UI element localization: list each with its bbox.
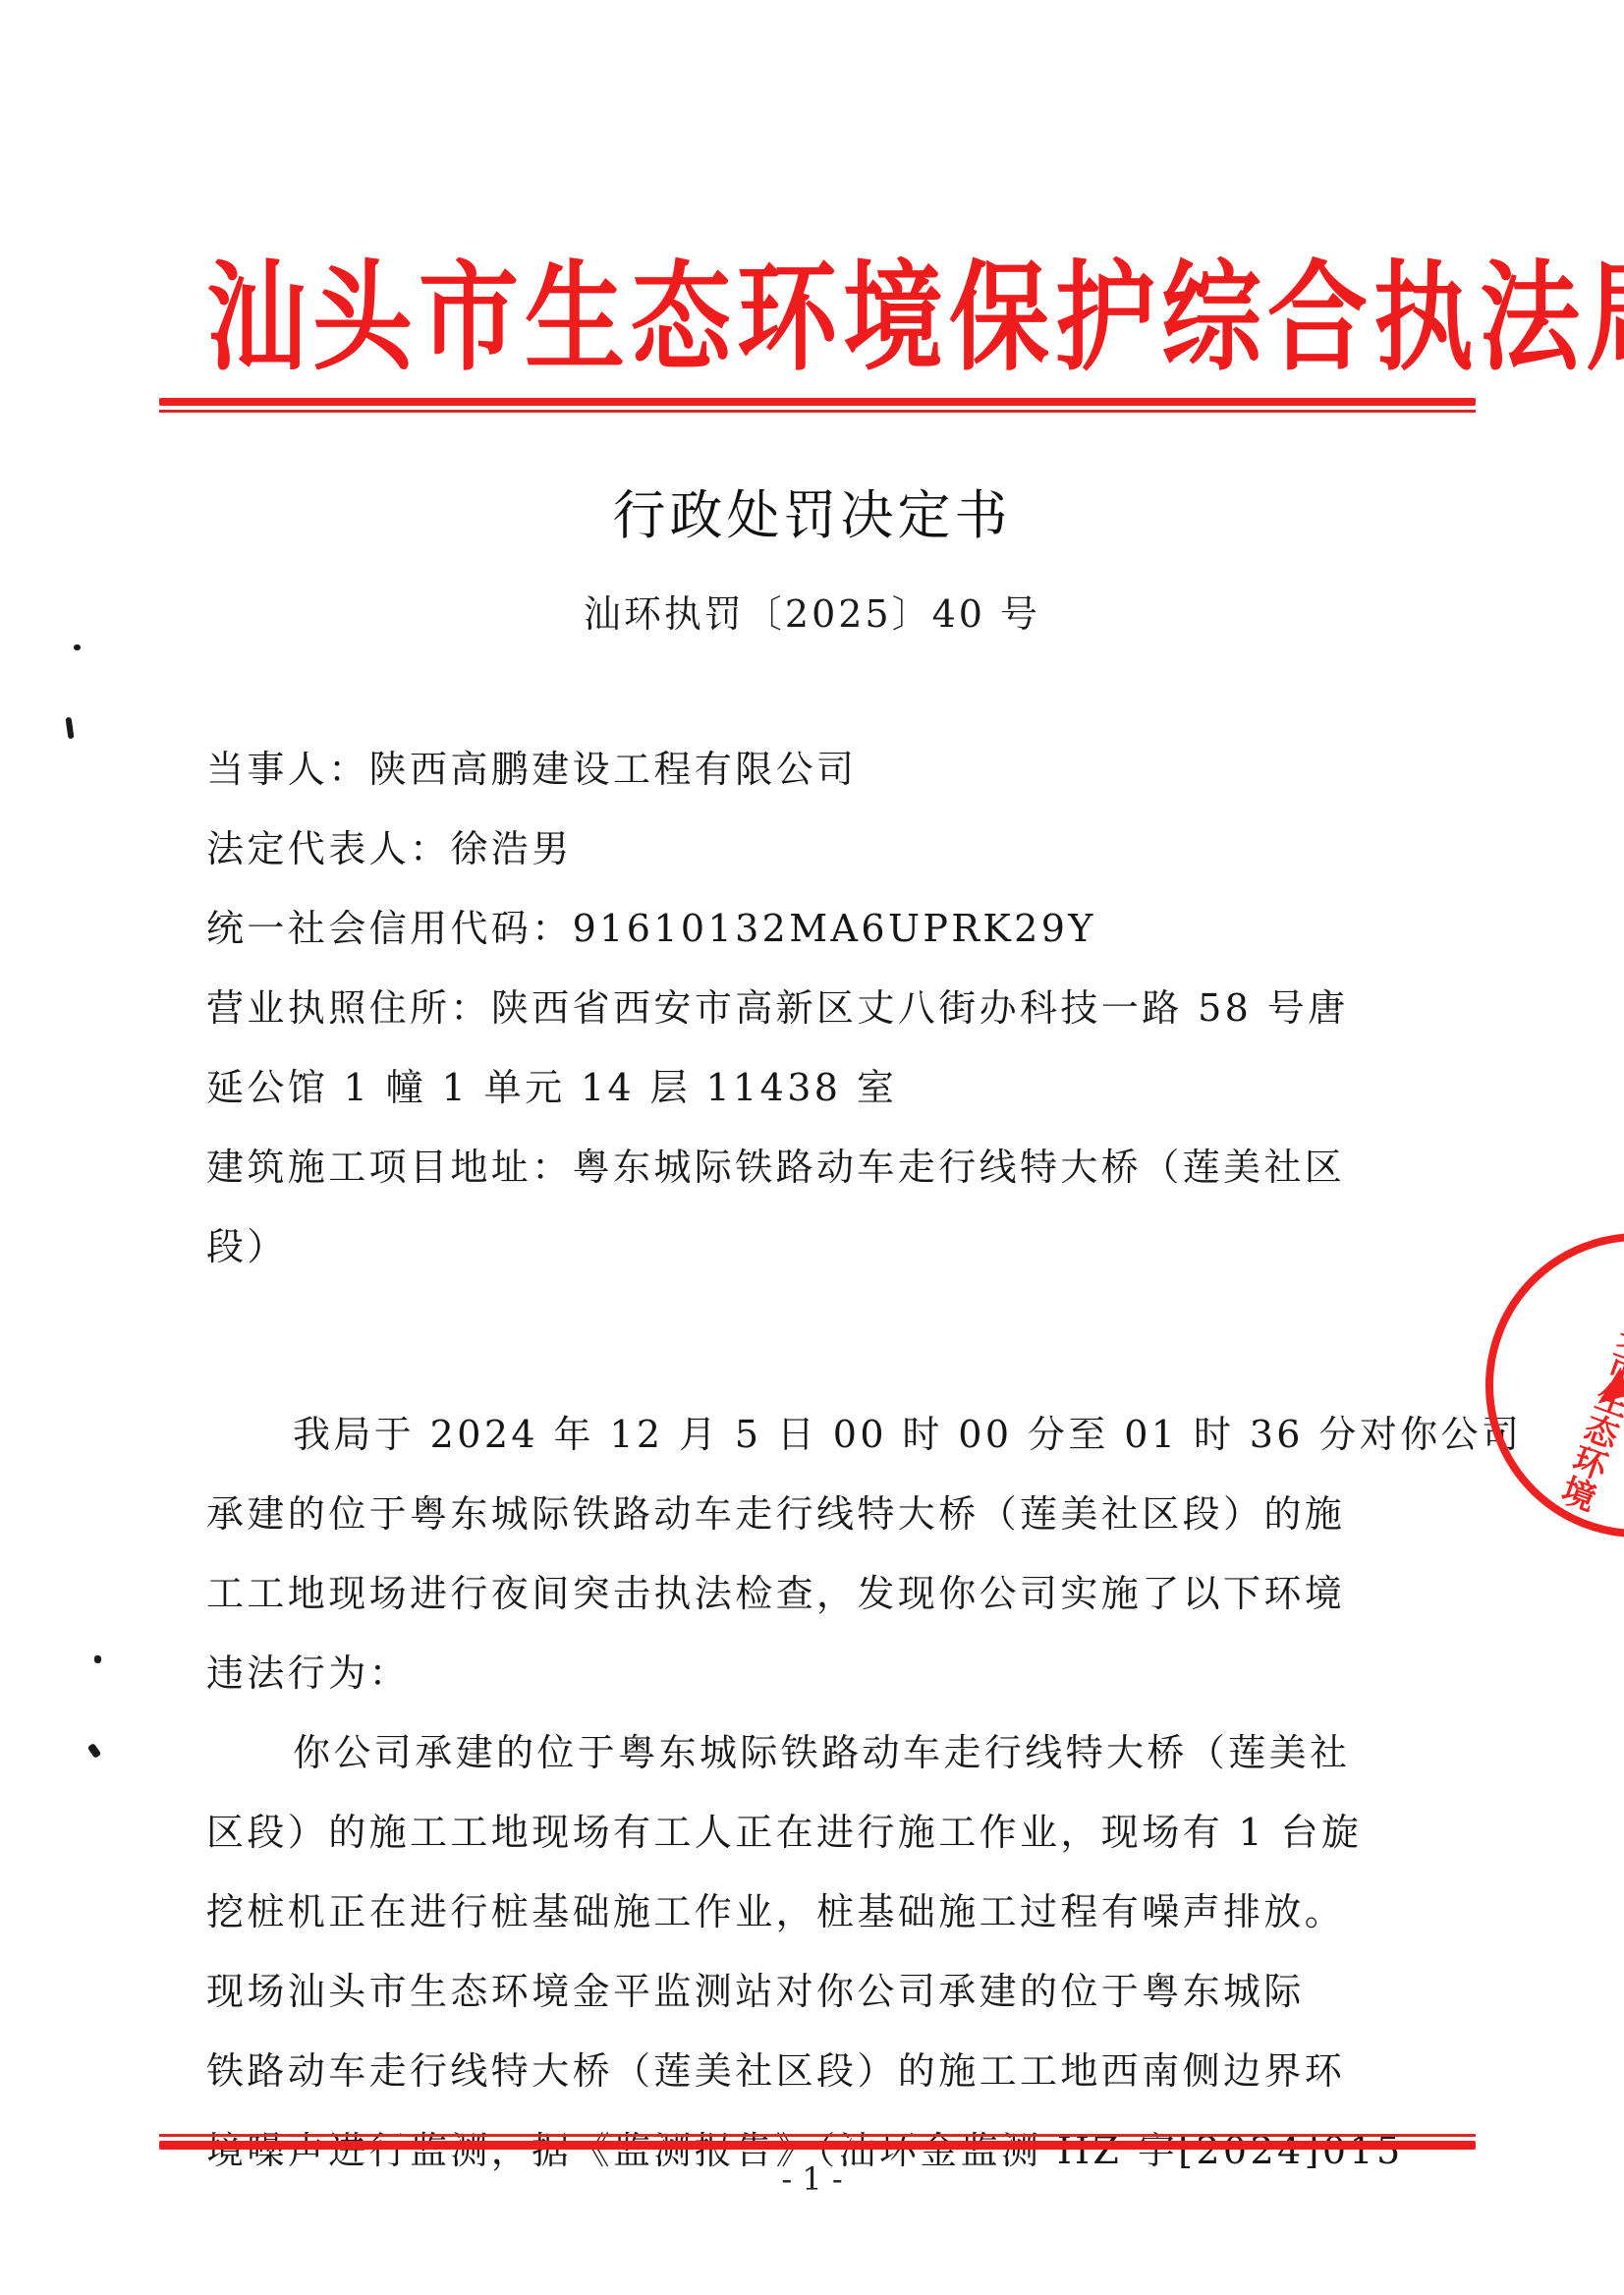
legal-rep-value: 徐浩男 bbox=[450, 827, 572, 870]
party-line: 当事人：陕西高鹏建设工程有限公司 bbox=[206, 742, 1423, 821]
paragraph-2-line: 区段）的施工工地现场有工人正在进行施工作业，现场有 1 台旋 bbox=[206, 1805, 1423, 1884]
paragraph-2-line: 现场汕头市生态环境金平监测站对你公司承建的位于粤东城际 bbox=[206, 1964, 1423, 2043]
project-address-value: 粤东城际铁路动车走行线特大桥（莲美社区 bbox=[573, 1146, 1346, 1189]
paragraph-1-line: 承建的位于粤东城际铁路动车走行线特大桥（莲美社区段）的施 bbox=[206, 1486, 1423, 1566]
paragraph-2-line: 挖桩机正在进行桩基础施工作业，桩基础施工过程有噪声排放。 bbox=[206, 1884, 1423, 1964]
paragraph-2-line: 你公司承建的位于粤东城际铁路动车走行线特大桥（莲美社 bbox=[206, 1725, 1423, 1805]
page-number: - 1 - bbox=[0, 2157, 1624, 2201]
legal-rep-line: 法定代表人：徐浩男 bbox=[206, 821, 1423, 901]
document-body: 当事人：陕西高鹏建设工程有限公司 法定代表人：徐浩男 统一社会信用代码：9161… bbox=[206, 742, 1423, 2203]
project-address-line-cont: 段） bbox=[206, 1219, 1423, 1299]
document-page: 汕头市生态环境保护综合执法局 行政处罚决定书 汕环执罚〔2025〕40 号 当事… bbox=[0, 0, 1624, 2295]
scan-mark-icon bbox=[74, 644, 81, 650]
paragraph-2-line: 铁路动车走行线特大桥（莲美社区段）的施工工地西南侧边界环 bbox=[206, 2043, 1423, 2123]
credit-code-value: 91610132MA6UPRK29Y bbox=[573, 907, 1096, 950]
paragraph-1-line: 工工地现场进行夜间突击执法检查，发现你公司实施了以下环境 bbox=[206, 1566, 1423, 1646]
scan-mark-icon bbox=[94, 1655, 101, 1663]
document-number: 汕环执罚〔2025〕40 号 bbox=[0, 589, 1624, 639]
business-address-line: 营业执照住所：陕西省西安市高新区丈八街办科技一路 58 号唐 bbox=[206, 980, 1423, 1060]
project-address-label: 建筑施工项目地址： bbox=[206, 1146, 573, 1189]
scan-mark-icon bbox=[87, 1743, 102, 1759]
agency-letterhead: 汕头市生态环境保护综合执法局 bbox=[206, 233, 1425, 407]
red-rule-thick bbox=[159, 398, 1476, 406]
party-label: 当事人： bbox=[206, 748, 369, 791]
paragraph-1-line: 违法行为： bbox=[206, 1646, 1423, 1725]
letterhead-red-rule bbox=[159, 398, 1476, 415]
party-value: 陕西高鹏建设工程有限公司 bbox=[369, 748, 858, 791]
red-rule-thick bbox=[159, 2141, 1476, 2150]
footer-red-rule bbox=[159, 2134, 1476, 2152]
scan-mark-icon bbox=[65, 717, 74, 740]
legal-rep-label: 法定代表人： bbox=[206, 827, 450, 870]
document-title: 行政处罚决定书 bbox=[0, 481, 1624, 550]
red-rule-thin bbox=[159, 410, 1476, 413]
paragraph-1-line: 我局于 2024 年 12 月 5 日 00 时 00 分至 01 时 36 分… bbox=[206, 1407, 1423, 1486]
section-spacer bbox=[206, 1299, 1423, 1407]
credit-code-label: 统一社会信用代码： bbox=[206, 907, 573, 950]
business-address-value: 陕西省西安市高新区丈八街办科技一路 58 号唐 bbox=[491, 986, 1349, 1030]
business-address-label: 营业执照住所： bbox=[206, 986, 491, 1030]
business-address-line-cont: 延公馆 1 幢 1 单元 14 层 11438 室 bbox=[206, 1060, 1423, 1140]
red-rule-thin bbox=[159, 2134, 1476, 2137]
credit-code-line: 统一社会信用代码：91610132MA6UPRK29Y bbox=[206, 901, 1423, 980]
project-address-line: 建筑施工项目地址：粤东城际铁路动车走行线特大桥（莲美社区 bbox=[206, 1140, 1423, 1219]
